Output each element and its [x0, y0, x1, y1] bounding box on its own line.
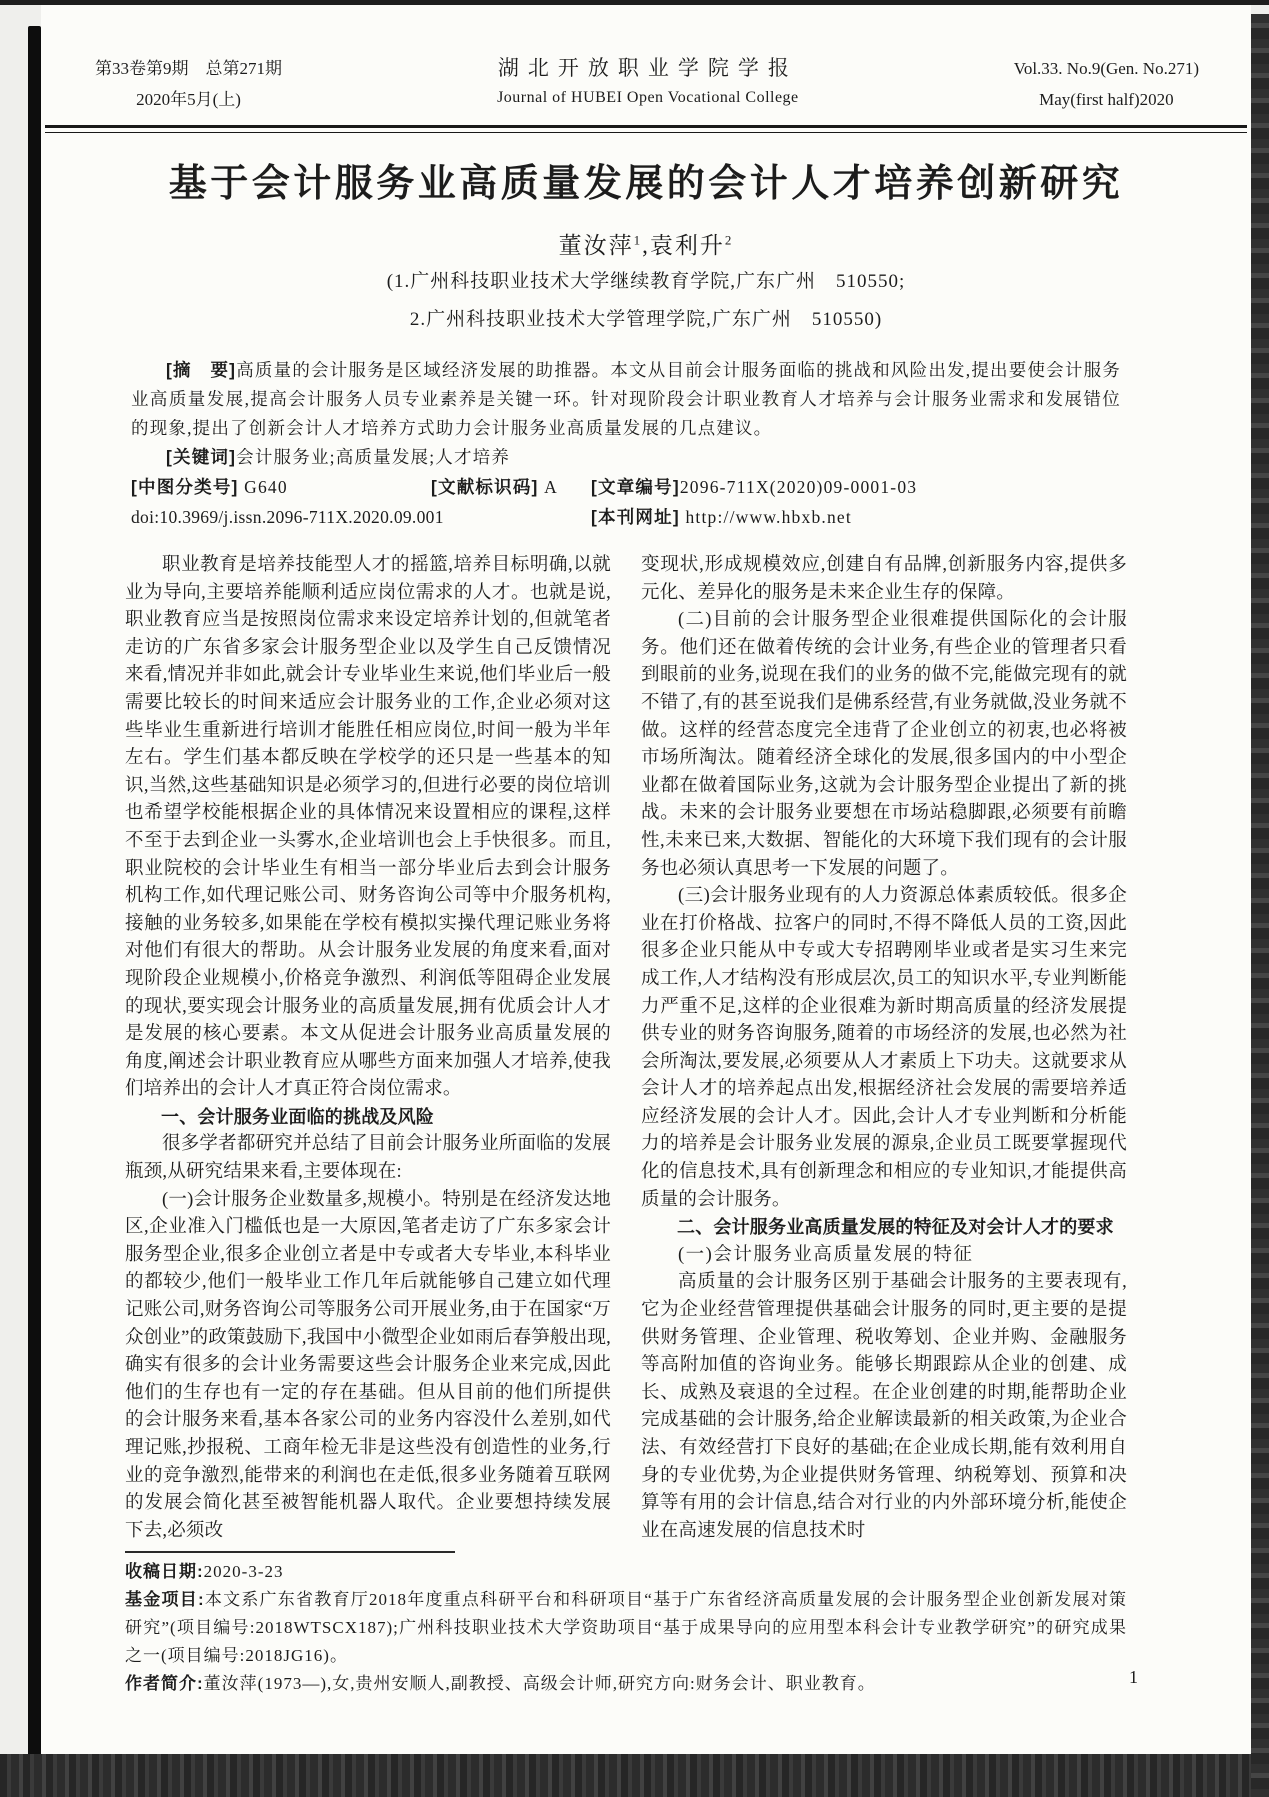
issue-date-line: 2020年5月(上): [95, 84, 282, 115]
received-date-label: 收稿日期:: [125, 1562, 204, 1581]
journal-title-block: 湖北开放职业学院学报 Journal of HUBEI Open Vocatio…: [497, 53, 799, 113]
authors-separator: ,: [642, 233, 650, 258]
article-title: 基于会计服务业高质量发展的会计人才培养创新研究: [71, 159, 1221, 209]
section-1-heading: 一、会计服务业面临的挑战及风险: [125, 1104, 611, 1132]
scan-left-edge-bar: [28, 26, 41, 1756]
scan-bottom-edge: [0, 1754, 1269, 1797]
section-2-subheading: (一)会计服务业高质量发展的特征: [641, 1242, 1127, 1270]
issue-volume-line: 第33卷第9期 总第271期: [95, 53, 282, 84]
section-1-item-3: (三)会计服务业现有的人力资源总体素质较低。很多企业在打价格战、拉客户的同时,不…: [641, 883, 1127, 1214]
date-line-en: May(first half)2020: [1014, 84, 1199, 115]
authors-line: 董汝萍1,袁利升2: [41, 227, 1251, 260]
keywords-line: [关键词]会计服务业;高质量发展;人才培养: [131, 443, 1121, 472]
abstract-text: 高质量的会计服务是区域经济发展的助推器。本文从目前会计服务面临的挑战和风险出发,…: [131, 360, 1121, 438]
section-1-lead: 很多学者都研究并总结了目前会计服务业所面临的发展瓶颈,从研究结果来看,主要体现在…: [125, 1131, 611, 1186]
author-bio-line: 作者简介:董汝萍(1973—),女,贵州安顺人,副教授、高级会计师,研究方向:财…: [125, 1670, 1127, 1698]
footnote-rule: [125, 1551, 455, 1553]
issue-info: 第33卷第9期 总第271期 2020年5月(上): [95, 53, 282, 115]
author-2-name: 袁利升: [650, 233, 725, 258]
journal-url: http://www.hbxb.net: [685, 507, 852, 527]
doi: doi:10.3969/j.issn.2096-711X.2020.09.001: [131, 503, 591, 532]
section-1-item-1-continued: 变现状,形成规模效应,创建自有品牌,创新服务内容,提供多元化、差异化的服务是未来…: [641, 552, 1127, 607]
received-date-line: 收稿日期:2020-3-23: [125, 1558, 1127, 1586]
keywords-label: [关键词]: [166, 447, 236, 467]
right-column: 变现状,形成规模效应,创建自有品牌,创新服务内容,提供多元化、差异化的服务是未来…: [641, 552, 1127, 1545]
author-bio-label: 作者简介:: [125, 1674, 204, 1693]
author-1-name: 董汝萍: [559, 233, 634, 258]
author-1-affil-mark: 1: [634, 232, 643, 247]
volume-info: Vol.33. No.9(Gen. No.271) May(first half…: [1014, 53, 1199, 115]
fund-project-text: 本文系广东省教育厅2018年度重点科研平台和科研项目“基于广东省经济高质量发展的…: [125, 1590, 1127, 1665]
author-2-affil-mark: 2: [725, 232, 734, 247]
section-1-item-1: (一)会计服务企业数量多,规模小。特别是在经济发达地区,企业准入门槛低也是一大原…: [125, 1187, 611, 1546]
header-rule-thin: [45, 132, 1247, 133]
fund-project-label: 基金项目:: [125, 1590, 205, 1609]
article-body: 职业教育是培养技能型人才的摇篮,培养目标明确,以就业为导向,主要培养能顺利适应岗…: [125, 552, 1127, 1545]
document-code: [文献标识码] A: [431, 473, 591, 502]
affiliation-2: 2.广州科技职业技术大学管理学院,广东广州 510550): [41, 303, 1251, 336]
journal-header: 第33卷第9期 总第271期 2020年5月(上) 湖北开放职业学院学报 Jou…: [41, 5, 1251, 115]
journal-website: [本刊网址] http://www.hbxb.net: [591, 503, 1121, 532]
journal-name-en: Journal of HUBEI Open Vocational College: [497, 83, 799, 113]
clc-number: [中图分类号] G640: [131, 473, 431, 502]
left-column: 职业教育是培养技能型人才的摇篮,培养目标明确,以就业为导向,主要培养能顺利适应岗…: [125, 552, 611, 1545]
scan-right-edge: [1251, 14, 1269, 1797]
affiliation-1: (1.广州科技职业技术大学继续教育学院,广东广州 510550;: [41, 265, 1251, 298]
journal-name-cn: 湖北开放职业学院学报: [497, 53, 799, 83]
footnotes-block: 收稿日期:2020-3-23 基金项目:本文系广东省教育厅2018年度重点科研平…: [125, 1551, 1127, 1698]
abstract-label: [摘 要]: [166, 360, 236, 380]
article-id: [文章编号]2096-711X(2020)09-0001-03: [591, 473, 1121, 502]
journal-page: 第33卷第9期 总第271期 2020年5月(上) 湖北开放职业学院学报 Jou…: [41, 5, 1251, 1754]
section-1-item-2: (二)目前的会计服务型企业很难提供国际化的会计服务。他们还在做着传统的会计业务,…: [641, 607, 1127, 883]
page-number: 1: [1129, 1667, 1138, 1688]
meta-row-1: [中图分类号] G640 [文献标识码] A [文章编号]2096-711X(2…: [131, 473, 1121, 502]
keywords-text: 会计服务业;高质量发展;人才培养: [236, 447, 510, 467]
fund-project-line: 基金项目:本文系广东省教育厅2018年度重点科研平台和科研项目“基于广东省经济高…: [125, 1586, 1127, 1670]
section-2-heading: 二、会计服务业高质量发展的特征及对会计人才的要求: [641, 1214, 1127, 1242]
author-bio-text: 董汝萍(1973—),女,贵州安顺人,副教授、高级会计师,研究方向:财务会计、职…: [204, 1674, 876, 1693]
received-date-value: 2020-3-23: [204, 1562, 284, 1581]
abstract-paragraph: [摘 要]高质量的会计服务是区域经济发展的助推器。本文从目前会计服务面临的挑战和…: [131, 356, 1121, 443]
volume-line-en: Vol.33. No.9(Gen. No.271): [1014, 53, 1199, 84]
meta-row-2: doi:10.3969/j.issn.2096-711X.2020.09.001…: [131, 503, 1121, 532]
header-rule-thick: [45, 125, 1247, 128]
section-2-paragraph: 高质量的会计服务区别于基础会计服务的主要表现有,它为企业经营管理提供基础会计服务…: [641, 1269, 1127, 1545]
abstract-block: [摘 要]高质量的会计服务是区域经济发展的助推器。本文从目前会计服务面临的挑战和…: [131, 356, 1121, 532]
intro-paragraph: 职业教育是培养技能型人才的摇篮,培养目标明确,以就业为导向,主要培养能顺利适应岗…: [125, 552, 611, 1104]
